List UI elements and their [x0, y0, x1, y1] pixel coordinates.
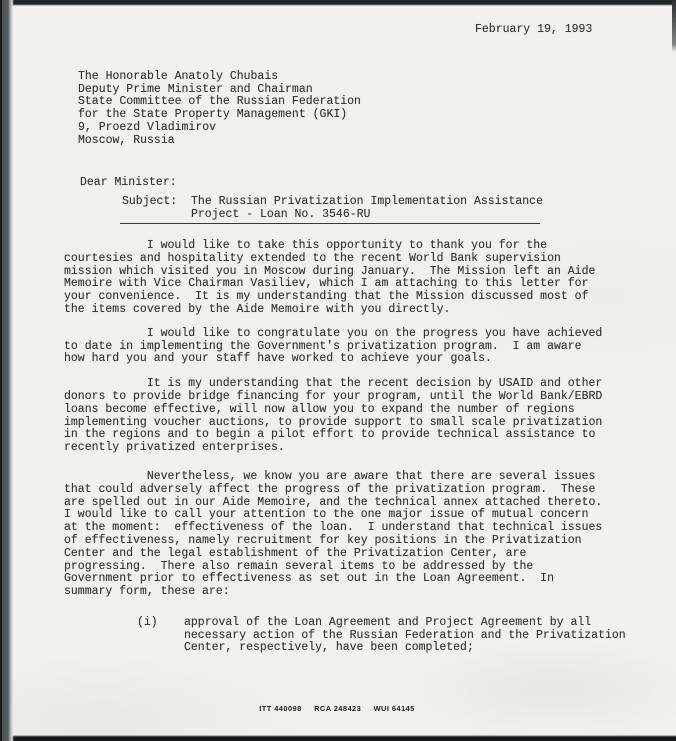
- list-item-i: (i) approval of the Loan Agreement and P…: [137, 617, 610, 655]
- telex-footer: ITT 440098 RCA 248423 WUI 64145: [64, 703, 610, 716]
- scan-edge-bottom: [0, 735, 676, 741]
- paragraph-1: I would like to take this opportunity to…: [64, 240, 610, 317]
- scan-edge-right-top: [672, 0, 676, 52]
- subject-underline: Project - Loan No. 3546-RU: [120, 209, 540, 224]
- recipient-name: The Honorable Anatoly Chubais: [78, 71, 610, 84]
- letter-date: February 19, 1993: [475, 24, 610, 37]
- salutation: Dear Minister:: [80, 177, 610, 190]
- letter-body: February 19, 1993 The Honorable Anatoly …: [0, 24, 676, 716]
- paragraph-4: Nevertheless, we know you are aware that…: [64, 471, 610, 599]
- paragraph-2: I would like to congratulate you on the …: [64, 328, 610, 366]
- scanned-letter-page: February 19, 1993 The Honorable Anatoly …: [0, 0, 676, 741]
- recipient-street: 9, Proezd Vladimirov: [78, 122, 610, 135]
- recipient-address: The Honorable Anatoly Chubais Deputy Pri…: [78, 71, 610, 148]
- list-item-i-marker: (i): [137, 617, 184, 655]
- subject-block: Subject: The Russian Privatization Imple…: [64, 196, 610, 224]
- list-item-i-text: approval of the Loan Agreement and Proje…: [184, 617, 626, 655]
- scan-edge-top: [0, 0, 676, 6]
- subject-line-2: Project - Loan No. 3546-RU: [120, 209, 540, 222]
- scan-edge-left: [0, 0, 14, 741]
- recipient-city: Moscow, Russia: [78, 135, 610, 148]
- paragraph-3: It is my understanding that the recent d…: [64, 378, 610, 455]
